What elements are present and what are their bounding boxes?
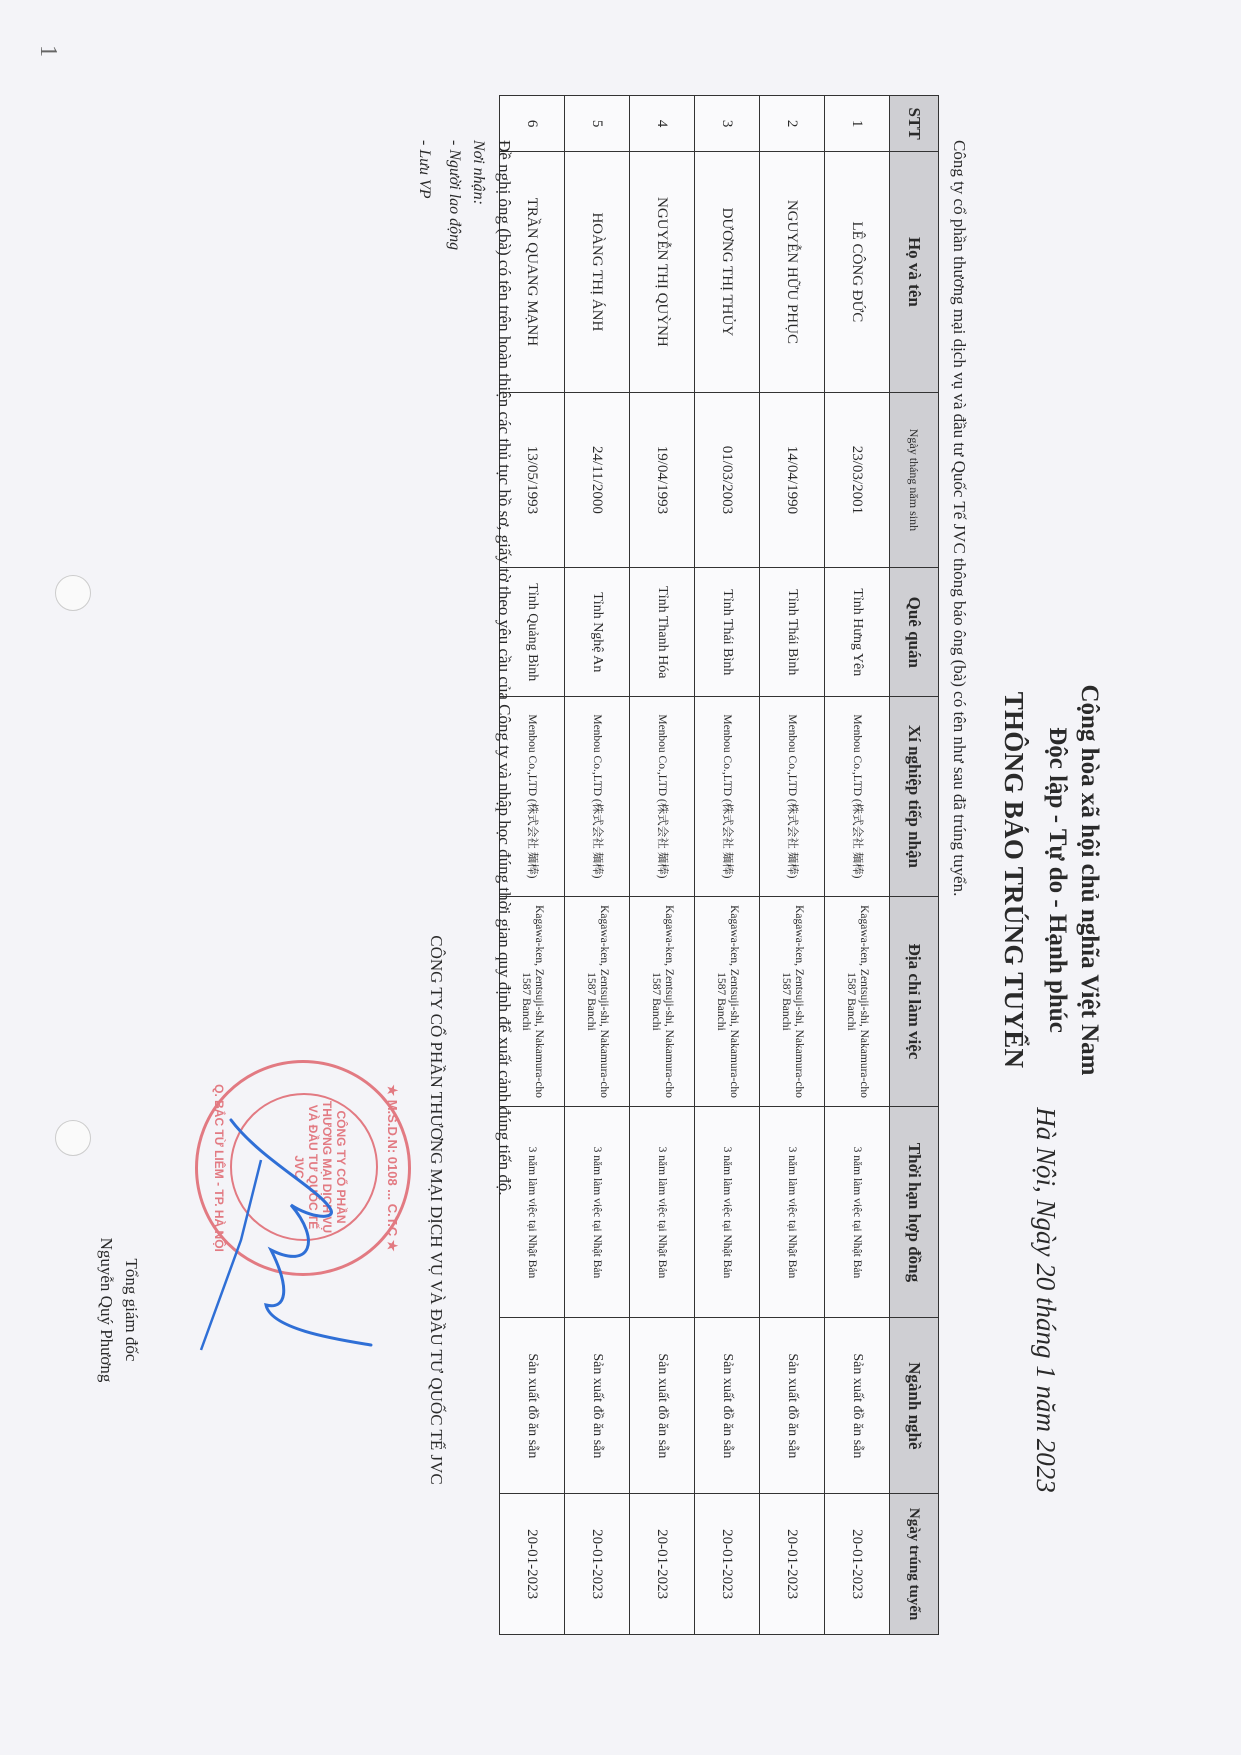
cell-dob: 23/03/2001 [825,392,890,568]
table-row: 5HOÀNG THỊ ÁNH24/11/2000Tỉnh Nghệ AnMenb… [565,96,630,1635]
table-row: 3DƯƠNG THỊ THỦY01/03/2003Tỉnh Thái BìnhM… [695,96,760,1635]
cell-company: Menbou Co.,LTD (株式会社 麺棒) [630,697,695,896]
cell-date: 20-01-2023 [565,1494,630,1635]
signer-name: Nguyễn Quý Phương [96,1160,116,1460]
cell-contract: 3 năm làm việc tại Nhật Bản [630,1107,695,1318]
cell-company: Menbou Co.,LTD (株式会社 麺棒) [760,697,825,896]
request-text: Đề nghị ông (bà) có tên trên hoàn thiện … [494,140,514,1660]
col-contract: Thời hạn hợp đồng [890,1107,939,1318]
col-name: Họ và tên [890,152,939,392]
cell-industry: Sản xuất đồ ăn sẵn [760,1318,825,1494]
cell-date: 20-01-2023 [760,1494,825,1635]
signer-role: Tổng giám đốc [121,1160,141,1460]
cell-date: 20-01-2023 [695,1494,760,1635]
col-stt: STT [890,96,939,152]
signing-company: CÔNG TY CỔ PHẦN THƯƠNG MẠI DỊCH VỤ VÀ ĐẦ… [426,760,446,1660]
table-header-row: STT Họ và tên Ngày tháng năm sinh Quê qu… [890,96,939,1635]
cell-stt: 4 [630,96,695,152]
cell-dob: 14/04/1990 [760,392,825,568]
cell-stt: 3 [695,96,760,152]
recipient-item: - Người lao động [445,140,463,250]
cell-address: Kagawa-ken, Zentsuji-shi, Nakamura-cho 1… [630,896,695,1107]
col-company: Xí nghiệp tiếp nhận [890,697,939,896]
cell-contract: 3 năm làm việc tại Nhật Bản [695,1107,760,1318]
cell-company: Menbou Co.,LTD (株式会社 麺棒) [695,697,760,896]
cell-date: 20-01-2023 [630,1494,695,1635]
document-title: THÔNG BÁO TRÚNG TUYỂN [998,570,1029,1190]
cell-industry: Sản xuất đồ ăn sẵn [630,1318,695,1494]
page-number: 1 [34,45,61,57]
candidates-table: STT Họ và tên Ngày tháng năm sinh Quê qu… [499,95,939,1635]
recipients-label: Nơi nhận: [469,140,487,205]
place-date: Hà Nội, Ngày 20 tháng 1 năm 2023 [1030,1000,1061,1600]
col-date: Ngày trúng tuyển [890,1494,939,1635]
cell-stt: 2 [760,96,825,152]
cell-address: Kagawa-ken, Zentsuji-shi, Nakamura-cho 1… [565,896,630,1107]
cell-hometown: Tỉnh Thái Bình [760,568,825,697]
cell-stt: 5 [565,96,630,152]
cell-name: LÊ CÔNG ĐỨC [825,152,890,392]
cell-contract: 3 năm làm việc tại Nhật Bản [760,1107,825,1318]
cell-hometown: Tỉnh Nghệ An [565,568,630,697]
cell-company: Menbou Co.,LTD (株式会社 麺棒) [825,697,890,896]
cell-industry: Sản xuất đồ ăn sẵn [565,1318,630,1494]
cell-industry: Sản xuất đồ ăn sẵn [825,1318,890,1494]
col-industry: Ngành nghề [890,1318,939,1494]
cell-hometown: Tỉnh Thanh Hóa [630,568,695,697]
col-dob: Ngày tháng năm sinh [890,392,939,568]
table-row: 1LÊ CÔNG ĐỨC23/03/2001Tỉnh Hưng YênMenbo… [825,96,890,1635]
cell-date: 20-01-2023 [825,1494,890,1635]
cell-stt: 1 [825,96,890,152]
stamp-ring-top: ★ M.S.D.N: 0108 ... C.T.C ★ [384,1063,400,1273]
punch-hole [55,575,91,611]
cell-contract: 3 năm làm việc tại Nhật Bản [825,1107,890,1318]
cell-dob: 19/04/1993 [630,392,695,568]
cell-address: Kagawa-ken, Zentsuji-shi, Nakamura-cho 1… [695,896,760,1107]
document-page: 1 Cộng hòa xã hội chủ nghĩa Việt Nam Độc… [0,0,1241,1755]
cell-name: HOÀNG THỊ ÁNH [565,152,630,392]
col-hometown: Quê quán [890,568,939,697]
cell-hometown: Tỉnh Thái Bình [695,568,760,697]
punch-hole [55,1120,91,1156]
cell-contract: 3 năm làm việc tại Nhật Bản [565,1107,630,1318]
cell-dob: 24/11/2000 [565,392,630,568]
cell-address: Kagawa-ken, Zentsuji-shi, Nakamura-cho 1… [760,896,825,1107]
signature-icon [181,1100,381,1360]
cell-address: Kagawa-ken, Zentsuji-shi, Nakamura-cho 1… [825,896,890,1107]
cell-name: DƯƠNG THỊ THỦY [695,152,760,392]
recipient-item: - Lưu VP [415,140,433,199]
cell-name: NGUYỄN HỮU PHỤC [760,152,825,392]
table-row: 4NGUYỄN THỊ QUỲNH19/04/1993Tỉnh Thanh Hó… [630,96,695,1635]
national-motto-line1: Cộng hòa xã hội chủ nghĩa Việt Nam [1075,580,1103,1180]
cell-hometown: Tỉnh Hưng Yên [825,568,890,697]
col-address: Địa chỉ làm việc [890,896,939,1107]
cell-name: NGUYỄN THỊ QUỲNH [630,152,695,392]
intro-text: Công ty cổ phần thương mại dịch vụ và đầ… [949,140,969,1640]
cell-dob: 01/03/2003 [695,392,760,568]
table-row: 2NGUYỄN HỮU PHỤC14/04/1990Tỉnh Thái Bình… [760,96,825,1635]
cell-company: Menbou Co.,LTD (株式会社 麺棒) [565,697,630,896]
cell-industry: Sản xuất đồ ăn sẵn [695,1318,760,1494]
